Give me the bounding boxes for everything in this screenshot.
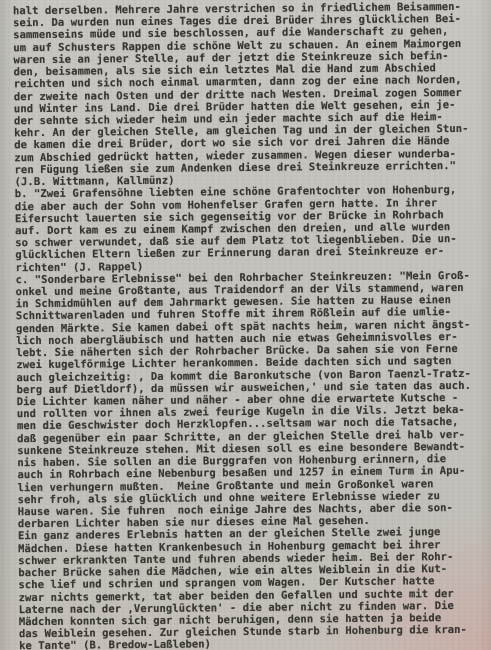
scanned-document-page: halt derselben. Mehrere Jahre verstriche… bbox=[0, 0, 491, 650]
page-text: halt derselben. Mehrere Jahre verstriche… bbox=[13, 1, 474, 650]
